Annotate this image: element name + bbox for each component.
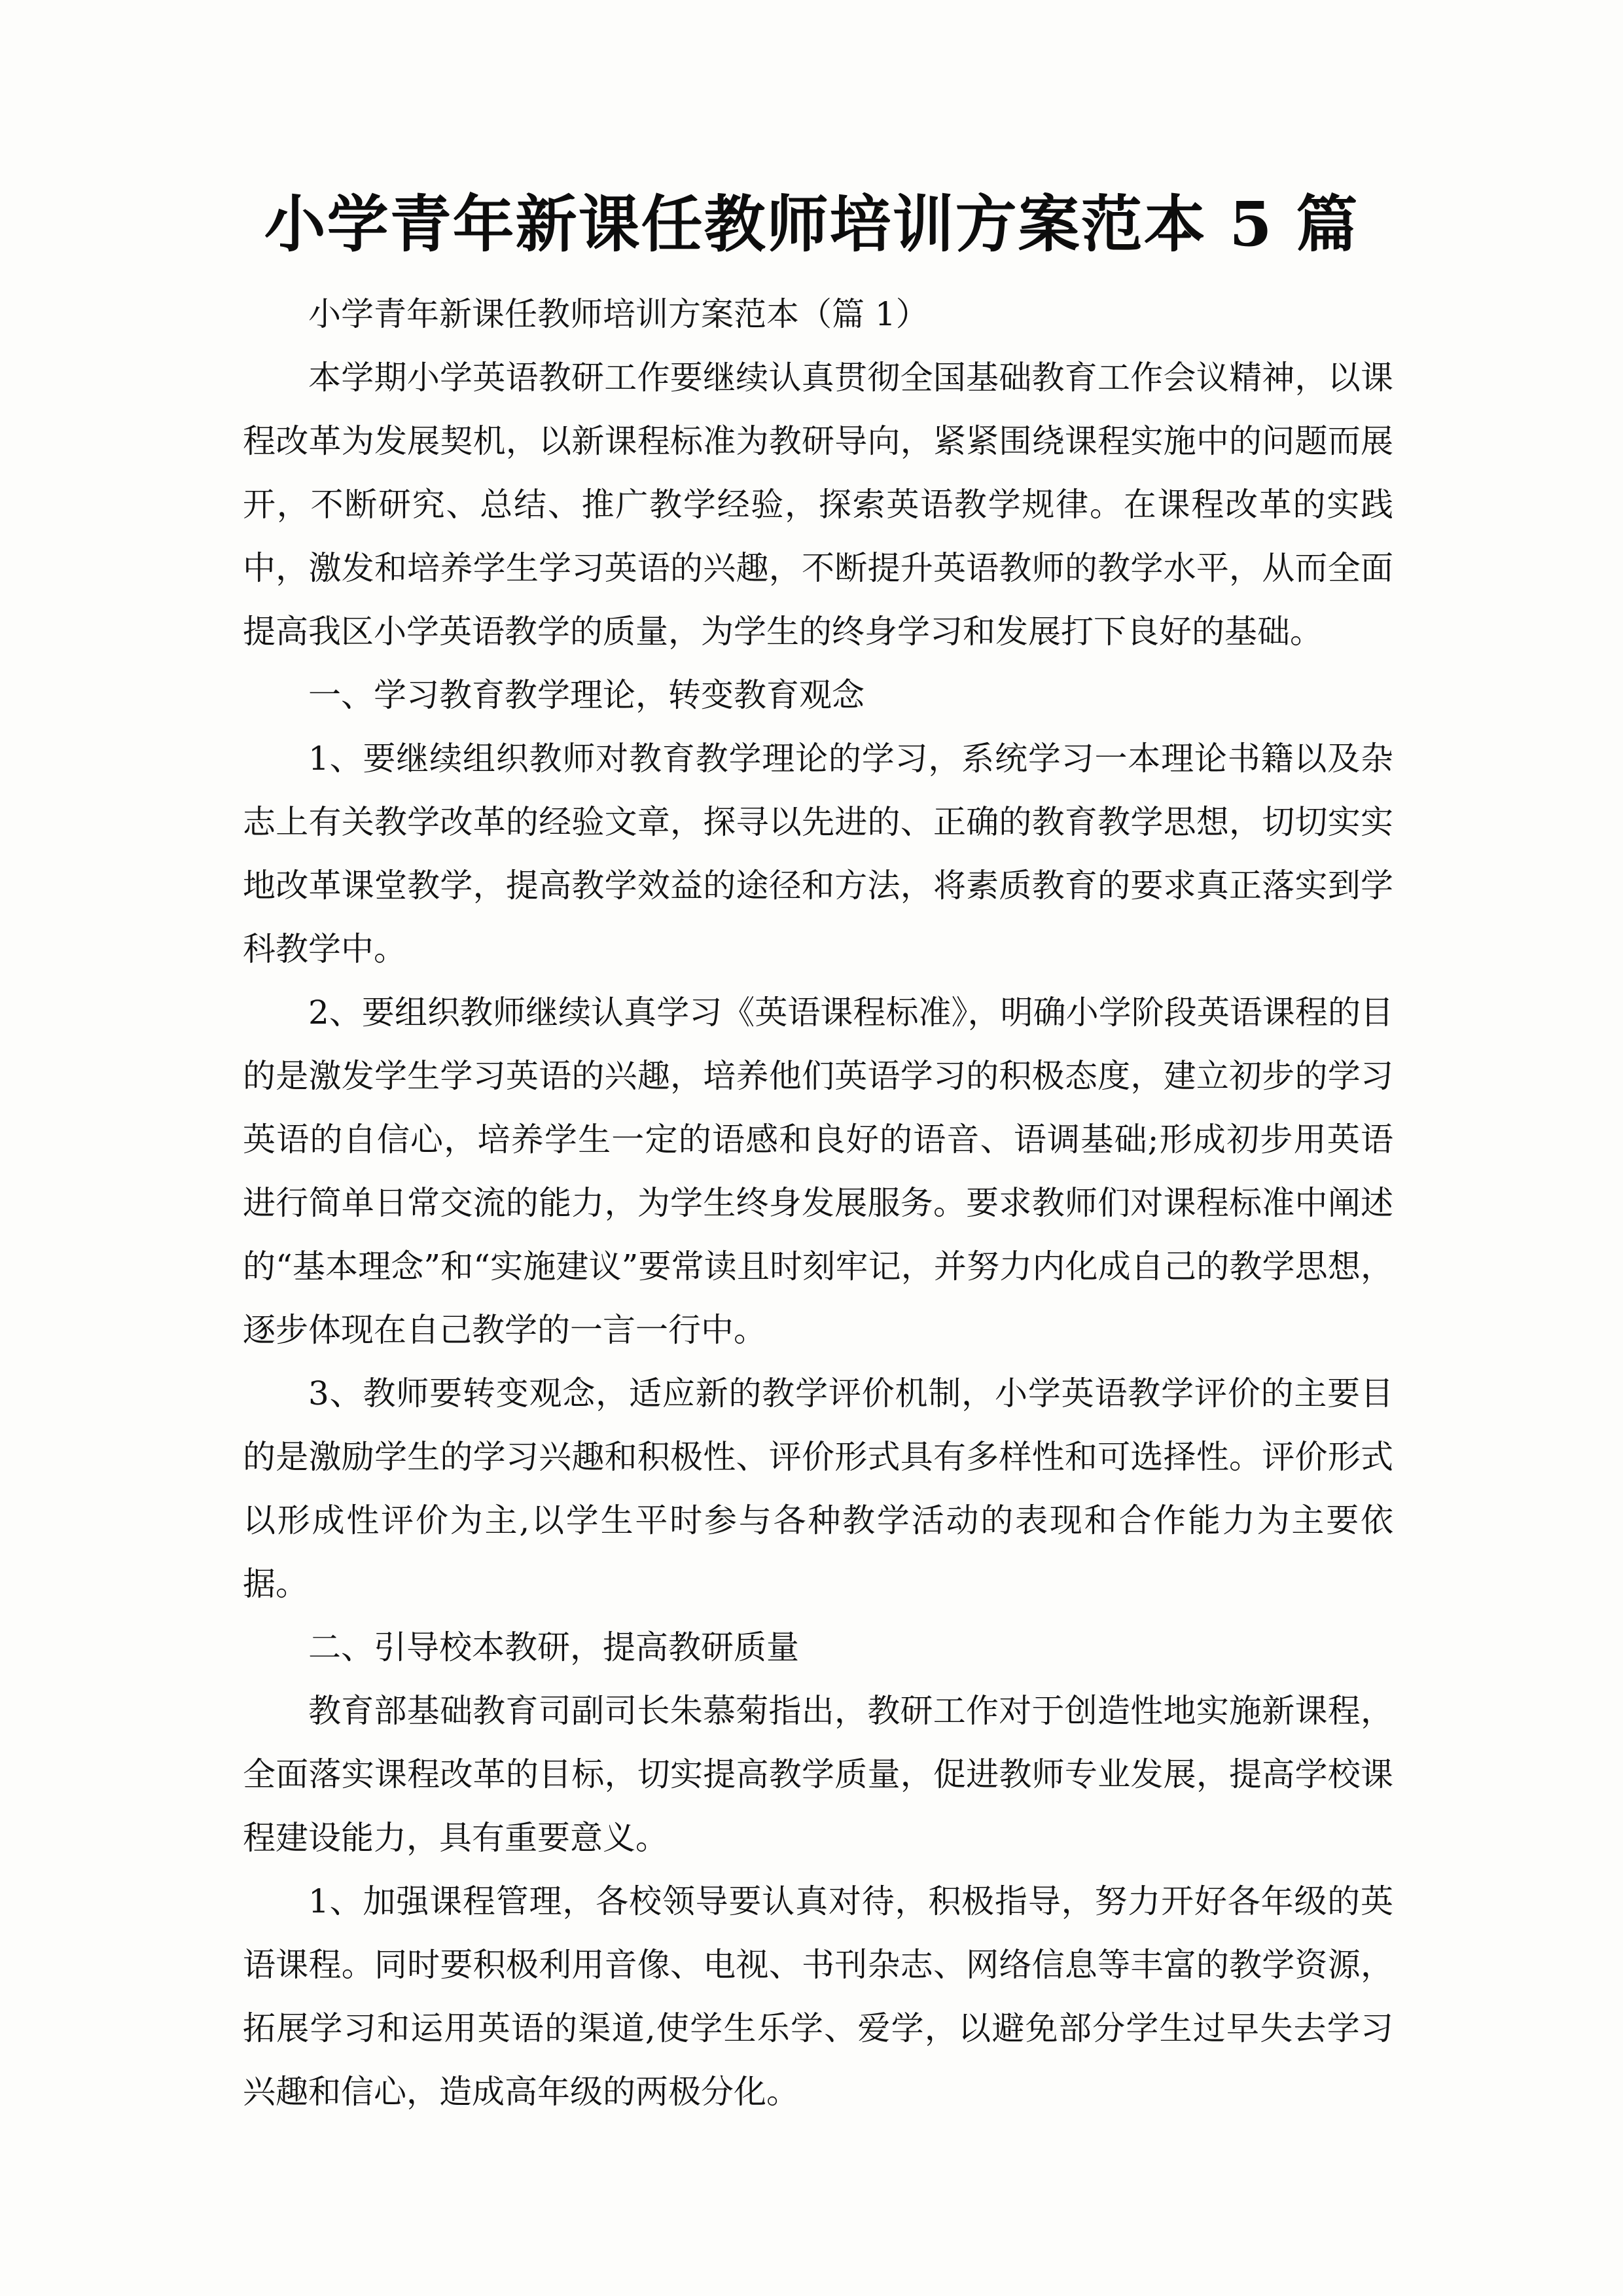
- document-body: 小学青年新课任教师培训方案范本（篇 1） 本学期小学英语教研工作要继续认真贯彻全…: [243, 283, 1393, 2124]
- paragraph-section-1-item-3: 3、教师要转变观念，适应新的教学评价机制，小学英语教学评价的主要目的是激励学生的…: [243, 1362, 1393, 1616]
- paragraph-section-1-heading: 一、学习教育教学理论，转变教育观念: [243, 664, 1393, 727]
- paragraph-section-1-item-1: 1、要继续组织教师对教育教学理论的学习，系统学习一本理论书籍以及杂志上有关教学改…: [243, 727, 1393, 981]
- paragraph-section-2-intro: 教育部基础教育司副司长朱慕菊指出，教研工作对于创造性地实施新课程，全面落实课程改…: [243, 1679, 1393, 1870]
- document-page: 小学青年新课任教师培训方案范本 5 篇 小学青年新课任教师培训方案范本（篇 1）…: [0, 0, 1623, 2296]
- paragraph-intro: 本学期小学英语教研工作要继续认真贯彻全国基础教育工作会议精神，以课程改革为发展契…: [243, 346, 1393, 664]
- document-title: 小学青年新课任教师培训方案范本 5 篇: [0, 191, 1623, 259]
- paragraph-section-2-item-1: 1、加强课程管理，各校领导要认真对待，积极指导，努力开好各年级的英语课程。同时要…: [243, 1870, 1393, 2124]
- paragraph-section-2-heading: 二、引导校本教研，提高教研质量: [243, 1616, 1393, 1679]
- paragraph-section-1-item-2: 2、要组织教师继续认真学习《英语课程标准》，明确小学阶段英语课程的目的是激发学生…: [243, 981, 1393, 1362]
- paragraph-subtitle: 小学青年新课任教师培训方案范本（篇 1）: [243, 283, 1393, 346]
